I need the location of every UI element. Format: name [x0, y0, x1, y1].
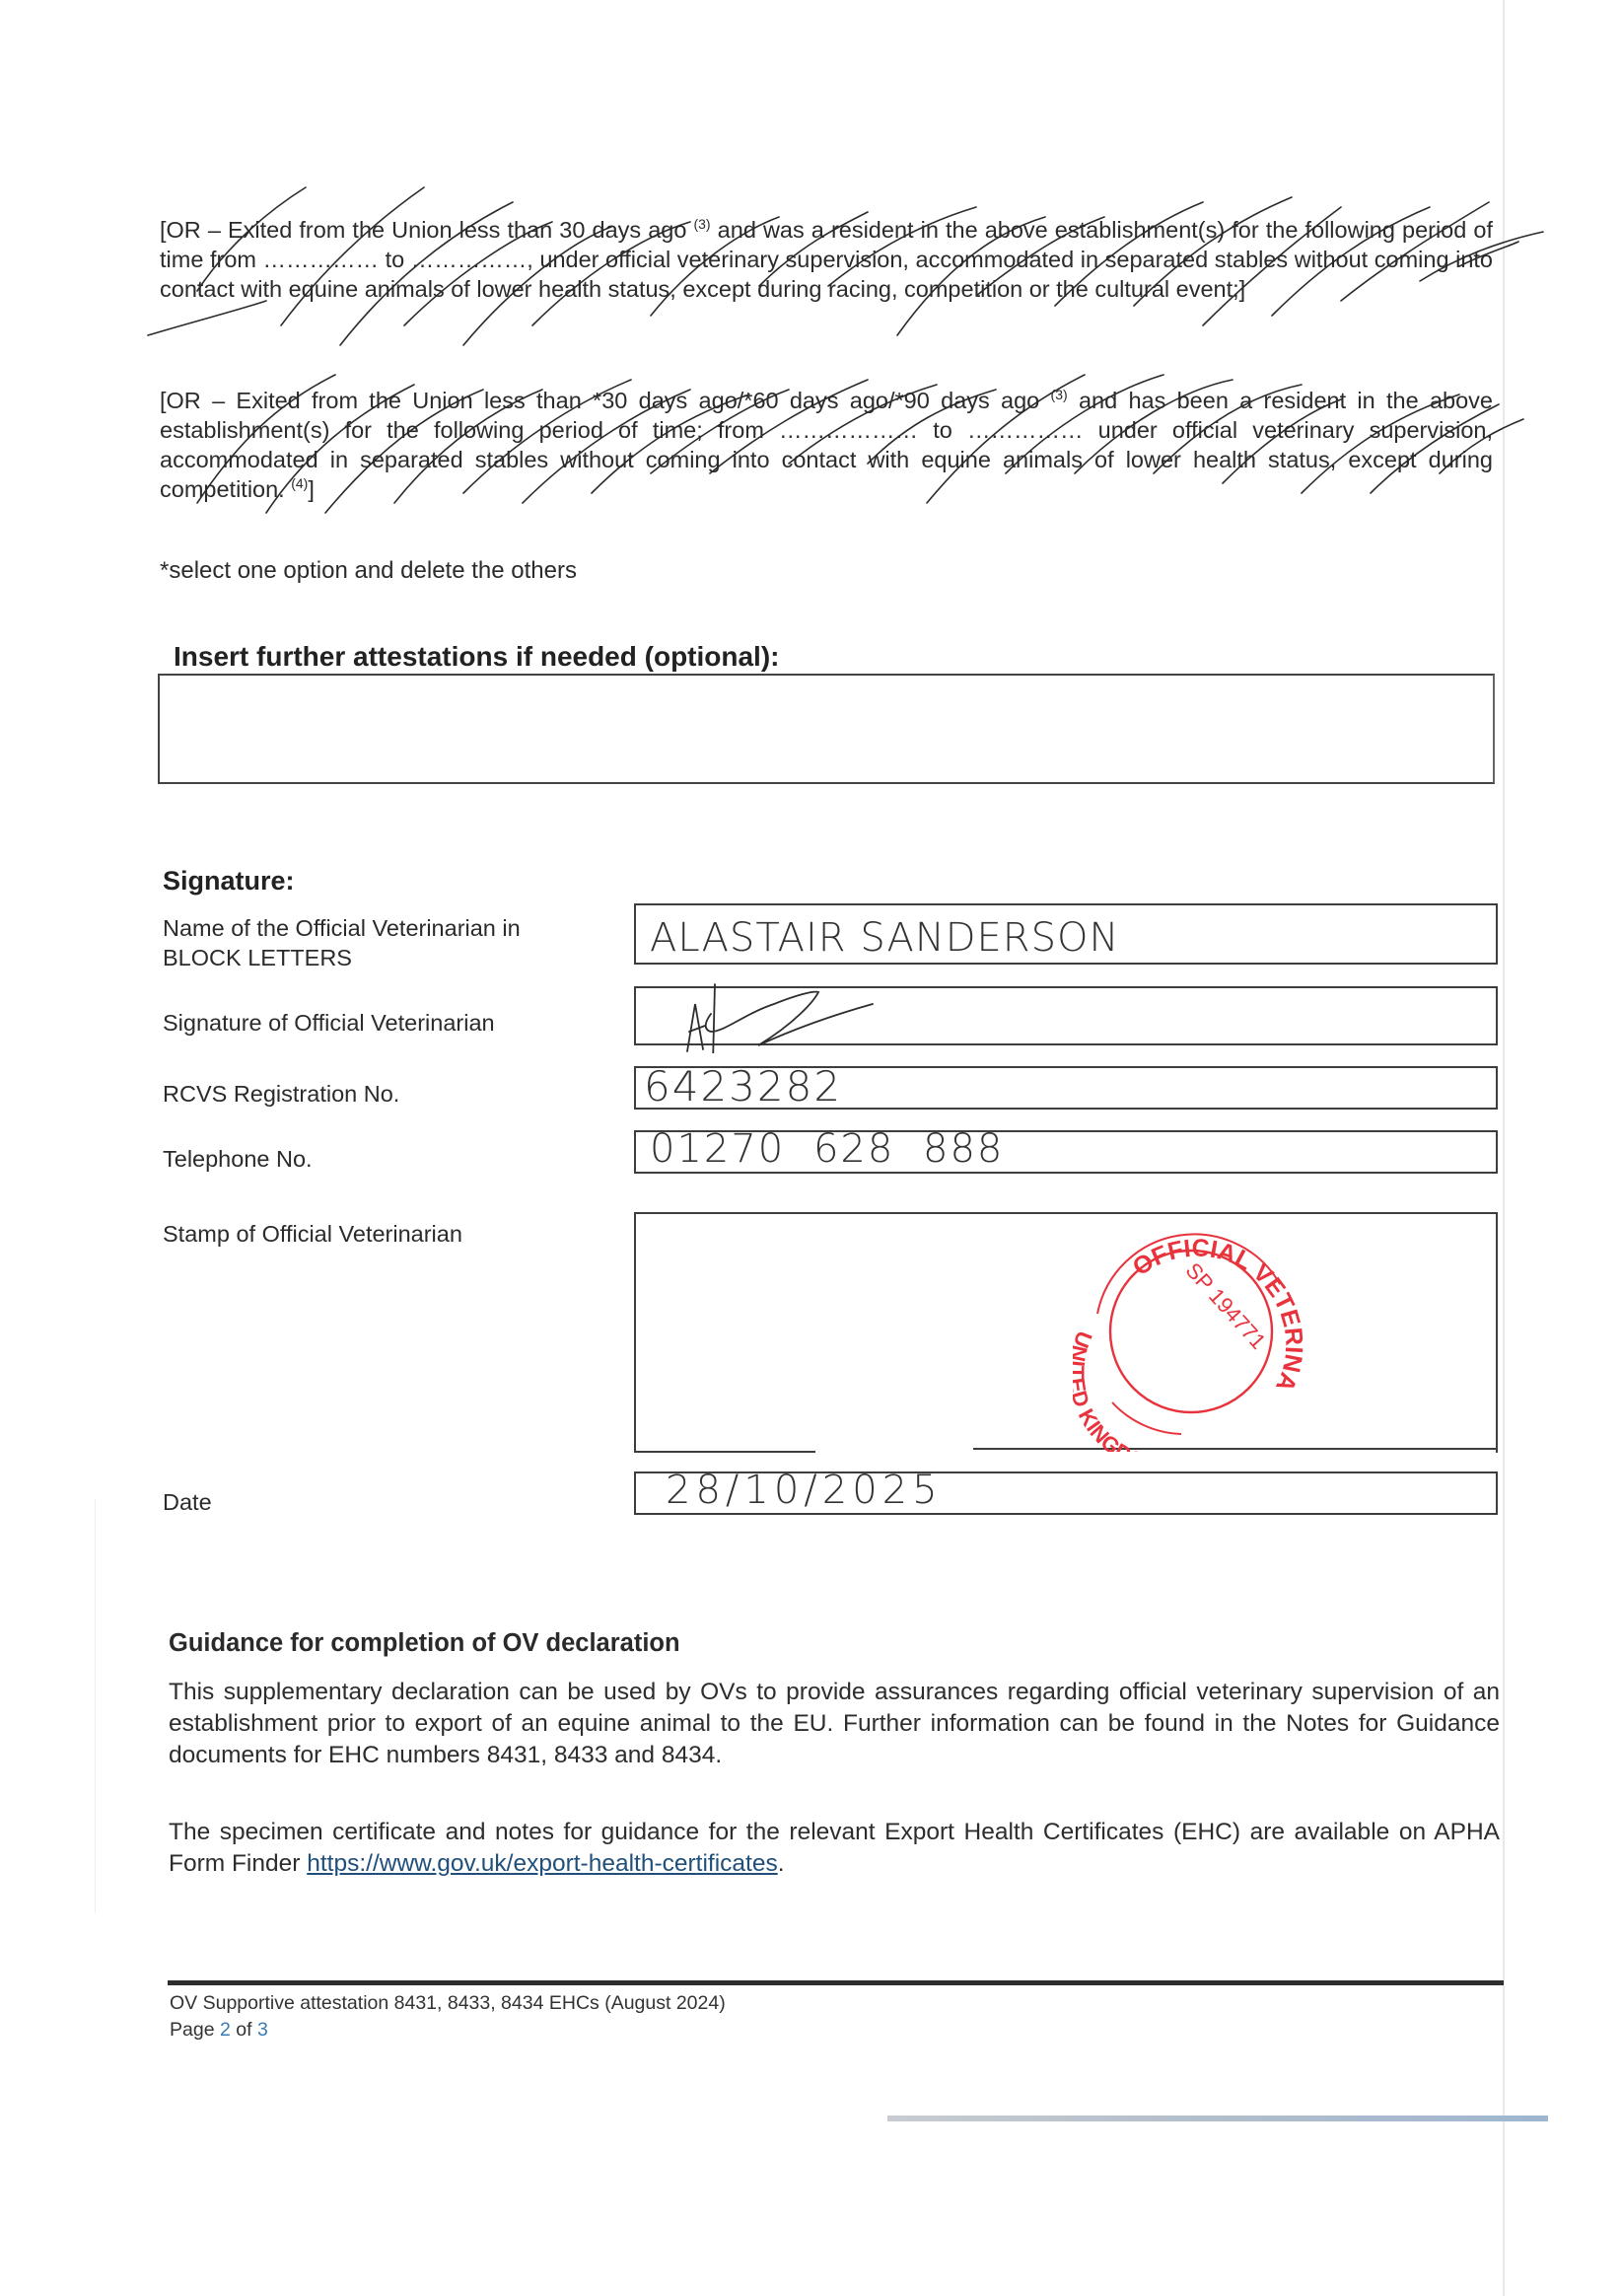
option-b-text-3: ]	[308, 476, 315, 502]
footnote-ref-4: (4)	[291, 475, 308, 491]
stamp-bottom-text: UNITED KINGDOM	[1073, 1327, 1163, 1452]
page-label: Page	[170, 2019, 220, 2041]
guidance-paragraph-2: The specimen certificate and notes for g…	[169, 1817, 1500, 1880]
guidance-title: Guidance for completion of OV declaratio…	[169, 1629, 680, 1658]
label-telephone: Telephone No.	[163, 1144, 313, 1174]
telephone-value: 01270 628 888	[650, 1126, 1004, 1172]
official-veterinarian-stamp-icon: OFFICIAL VETERINARIAN UNITED KINGDOM SP …	[1073, 1215, 1319, 1452]
stamp-top-text: OFFICIAL VETERINARIAN	[1073, 1215, 1307, 1396]
scan-left-edge	[95, 1499, 96, 1913]
label-date: Date	[163, 1487, 212, 1517]
ov-stamp-field[interactable]	[634, 1212, 1498, 1453]
footnote-ref-3: (3)	[1051, 387, 1068, 402]
further-attestations-field[interactable]	[158, 674, 1495, 784]
ov-name-field[interactable]: ALASTAIR SANDERSON	[634, 903, 1498, 965]
footnote-ref-3: (3)	[693, 216, 710, 232]
footer-page-number: Page 2 of 3	[170, 2019, 268, 2042]
footer-document-title: OV Supportive attestation 8431, 8433, 84…	[170, 1992, 726, 2015]
ov-name-value: ALASTAIR SANDERSON	[650, 915, 1119, 961]
svg-text:UNITED KINGDOM: UNITED KINGDOM	[1073, 1327, 1163, 1452]
date-value: 28/10/2025	[666, 1468, 943, 1513]
option-b-text-1: [OR – Exited from the Union less than *3…	[160, 388, 1051, 413]
page-current: 2	[220, 2019, 231, 2041]
footer-rule	[168, 1980, 1504, 1985]
label-ov-stamp: Stamp of Official Veterinarian	[163, 1219, 462, 1249]
attestation-option-b: [OR – Exited from the Union less than *3…	[160, 386, 1493, 504]
option-a-text-1: [OR – Exited from the Union less than 30…	[160, 217, 693, 243]
scan-artifact-line	[887, 2116, 1548, 2121]
guidance-paragraph-1: This supplementary declaration can be us…	[169, 1677, 1500, 1771]
further-attestations-heading: Insert further attestations if needed (o…	[174, 641, 779, 673]
ov-signature-field[interactable]	[634, 986, 1498, 1045]
date-field[interactable]: 28/10/2025	[634, 1471, 1498, 1515]
form-finder-link[interactable]: https://www.gov.uk/export-health-certifi…	[307, 1850, 778, 1877]
signature-heading: Signature:	[163, 866, 295, 897]
attestation-option-a: [OR – Exited from the Union less than 30…	[160, 215, 1493, 304]
svg-text:OFFICIAL VETERINARIAN: OFFICIAL VETERINARIAN	[1073, 1215, 1307, 1396]
handwritten-signature-icon	[675, 974, 1070, 1053]
guidance-paragraph-2-end: .	[778, 1850, 785, 1877]
label-ov-name: Name of the Official Veterinarian in BLO…	[163, 913, 597, 972]
select-option-note: *select one option and delete the others	[160, 557, 577, 585]
stamp-box-bottom-left	[634, 1451, 815, 1453]
rcvs-registration-field[interactable]: 6423282	[634, 1066, 1498, 1110]
scan-page-edge	[1503, 0, 1505, 2296]
page-total: 3	[257, 2019, 268, 2041]
label-ov-signature: Signature of Official Veterinarian	[163, 1008, 495, 1038]
label-rcvs-registration: RCVS Registration No.	[163, 1079, 399, 1109]
telephone-field[interactable]: 01270 628 888	[634, 1130, 1498, 1174]
page-of: of	[231, 2019, 257, 2041]
rcvs-registration-value: 6423282	[644, 1062, 842, 1111]
